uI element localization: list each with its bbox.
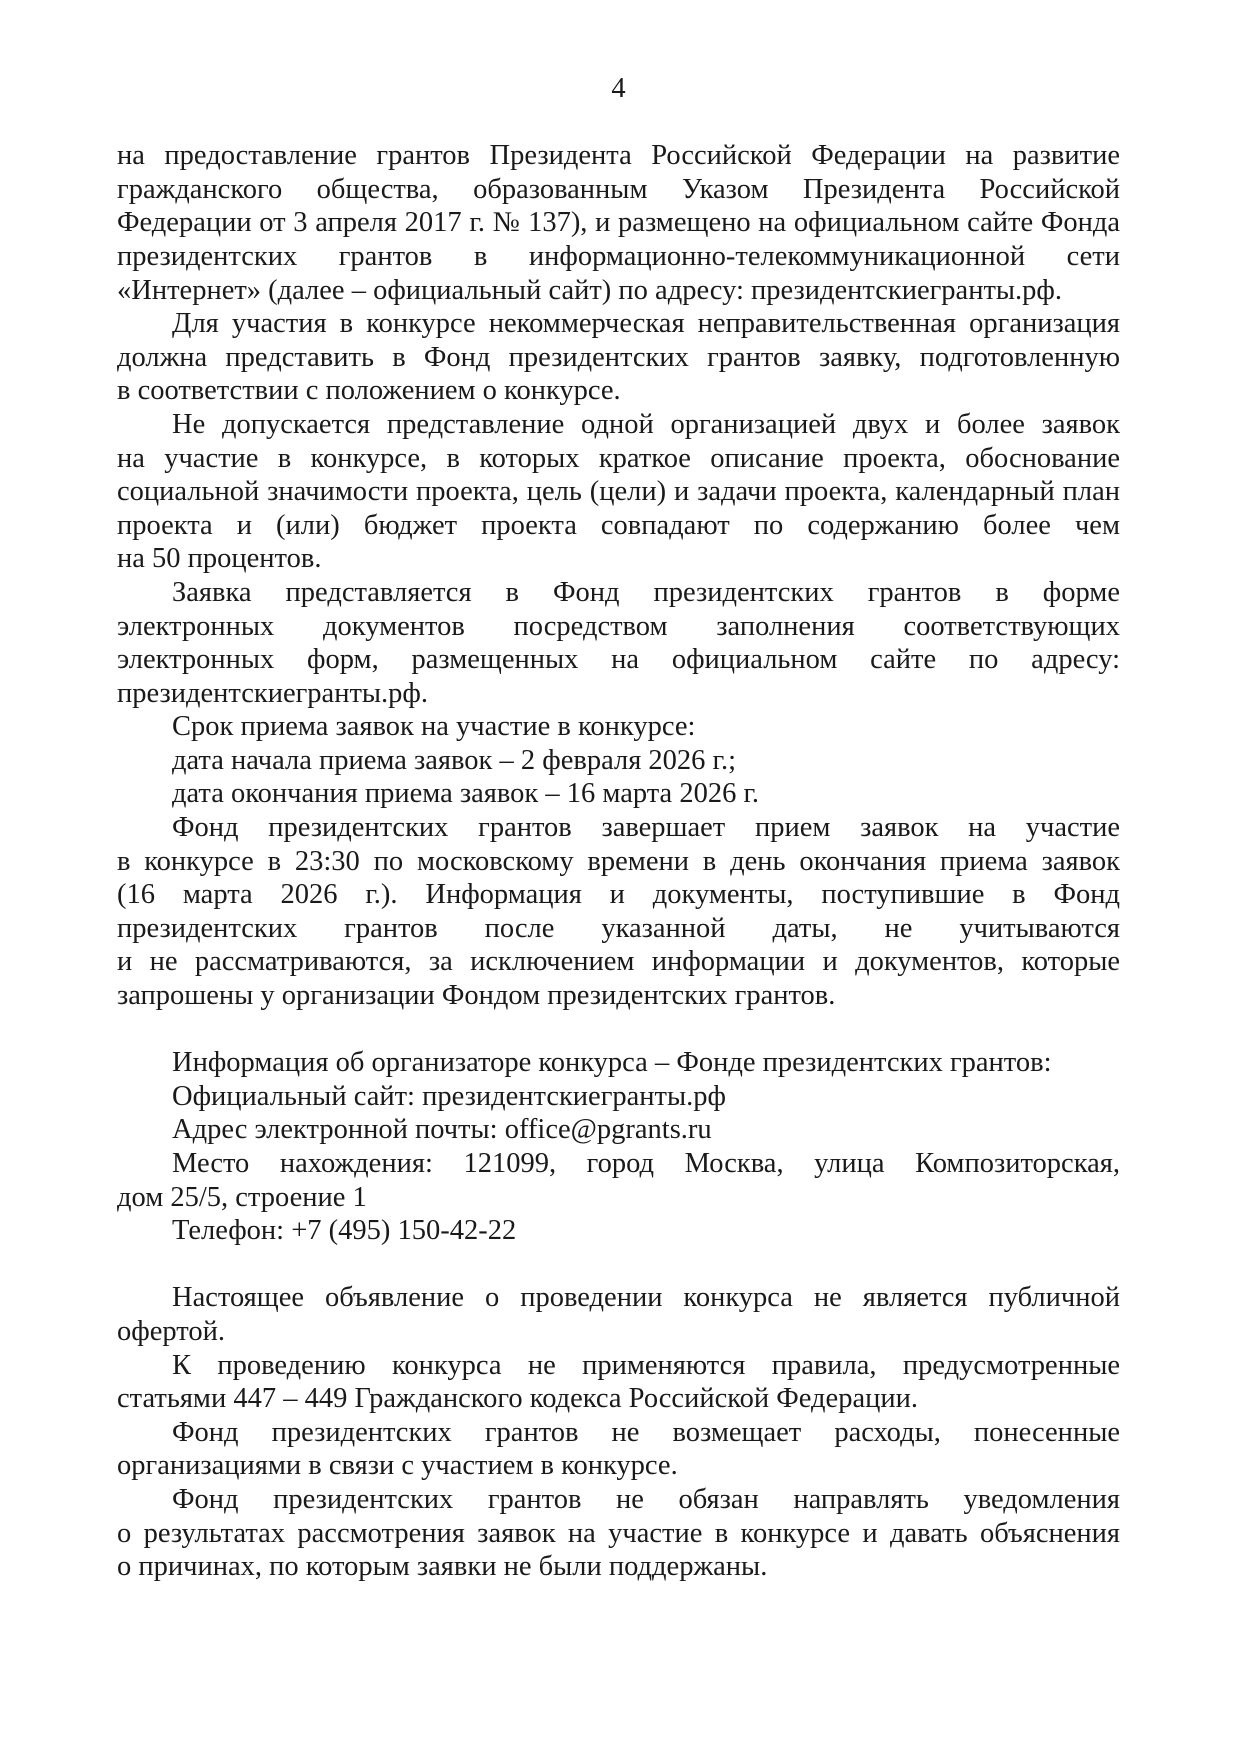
text-line: на предоставление грантов Президента Рос… <box>117 139 1120 173</box>
text-line: президентскиегранты.рф. <box>117 677 1120 711</box>
text-line: Не допускается представление одной орган… <box>117 408 1120 442</box>
text-line: Для участия в конкурсе некоммерческая не… <box>117 307 1120 341</box>
text-line: электронных документов посредством запол… <box>117 610 1120 644</box>
text-line: электронных форм, размещенных на официал… <box>117 643 1120 677</box>
text-line: гражданского общества, образованным Указ… <box>117 173 1120 207</box>
text-line: президентских грантов после указанной да… <box>117 912 1120 946</box>
text-line: дата окончания приема заявок – 16 марта … <box>117 777 1120 811</box>
text-line: о причинах, по которым заявки не были по… <box>117 1550 1120 1584</box>
text-line: президентских грантов в информационно-те… <box>117 240 1120 274</box>
text-line: о результатах рассмотрения заявок на уча… <box>117 1517 1120 1551</box>
text-line: организациями в связи с участием в конку… <box>117 1449 1120 1483</box>
text-line: Телефон: +7 (495) 150-42-22 <box>117 1214 1120 1248</box>
text-line: в конкурсе в 23:30 по московскому времен… <box>117 845 1120 879</box>
text-line: офертой. <box>117 1315 1120 1349</box>
text-line: Фонд президентских грантов завершает при… <box>117 811 1120 845</box>
text-line: на участие в конкурсе, в которых краткое… <box>117 442 1120 476</box>
text-line: Место нахождения: 121099, город Москва, … <box>117 1147 1120 1181</box>
text-line: статьями 447 – 449 Гражданского кодекса … <box>117 1382 1120 1416</box>
text-line: «Интернет» (далее – официальный сайт) по… <box>117 274 1120 308</box>
text-line: в соответствии с положением о конкурсе. <box>117 374 1120 408</box>
text-line: запрошены у организации Фондом президент… <box>117 979 1120 1013</box>
text-line: Заявка представляется в Фонд президентск… <box>117 576 1120 610</box>
document-page: 4 на предоставление грантов Президента Р… <box>0 0 1241 1755</box>
blank-line <box>117 1248 1120 1282</box>
text-line: и не рассматриваются, за исключением инф… <box>117 945 1120 979</box>
text-line: К проведению конкурса не применяются пра… <box>117 1349 1120 1383</box>
text-line: на 50 процентов. <box>117 542 1120 576</box>
text-line: дата начала приема заявок – 2 февраля 20… <box>117 744 1120 778</box>
text-line: (16 марта 2026 г.). Информация и докумен… <box>117 878 1120 912</box>
header-gap <box>117 106 1120 140</box>
blank-line <box>117 1013 1120 1047</box>
text-line: дом 25/5, строение 1 <box>117 1181 1120 1215</box>
text-line: Информация об организаторе конкурса – Фо… <box>117 1046 1120 1080</box>
text-line: проекта и (или) бюджет проекта совпадают… <box>117 509 1120 543</box>
text-line: Адрес электронной почты: office@pgrants.… <box>117 1113 1120 1147</box>
text-line: Фонд президентских грантов не обязан нап… <box>117 1483 1120 1517</box>
text-line: Настоящее объявление о проведении конкур… <box>117 1281 1120 1315</box>
text-line: должна представить в Фонд президентских … <box>117 341 1120 375</box>
text-line: Срок приема заявок на участие в конкурсе… <box>117 710 1120 744</box>
text-line: Фонд президентских грантов не возмещает … <box>117 1416 1120 1450</box>
text-line: Официальный сайт: президентскиегранты.рф <box>117 1080 1120 1114</box>
document-body: на предоставление грантов Президента Рос… <box>117 139 1120 1584</box>
text-line: социальной значимости проекта, цель (цел… <box>117 475 1120 509</box>
text-line: Федерации от 3 апреля 2017 г. № 137), и … <box>117 206 1120 240</box>
page-number: 4 <box>117 72 1120 106</box>
